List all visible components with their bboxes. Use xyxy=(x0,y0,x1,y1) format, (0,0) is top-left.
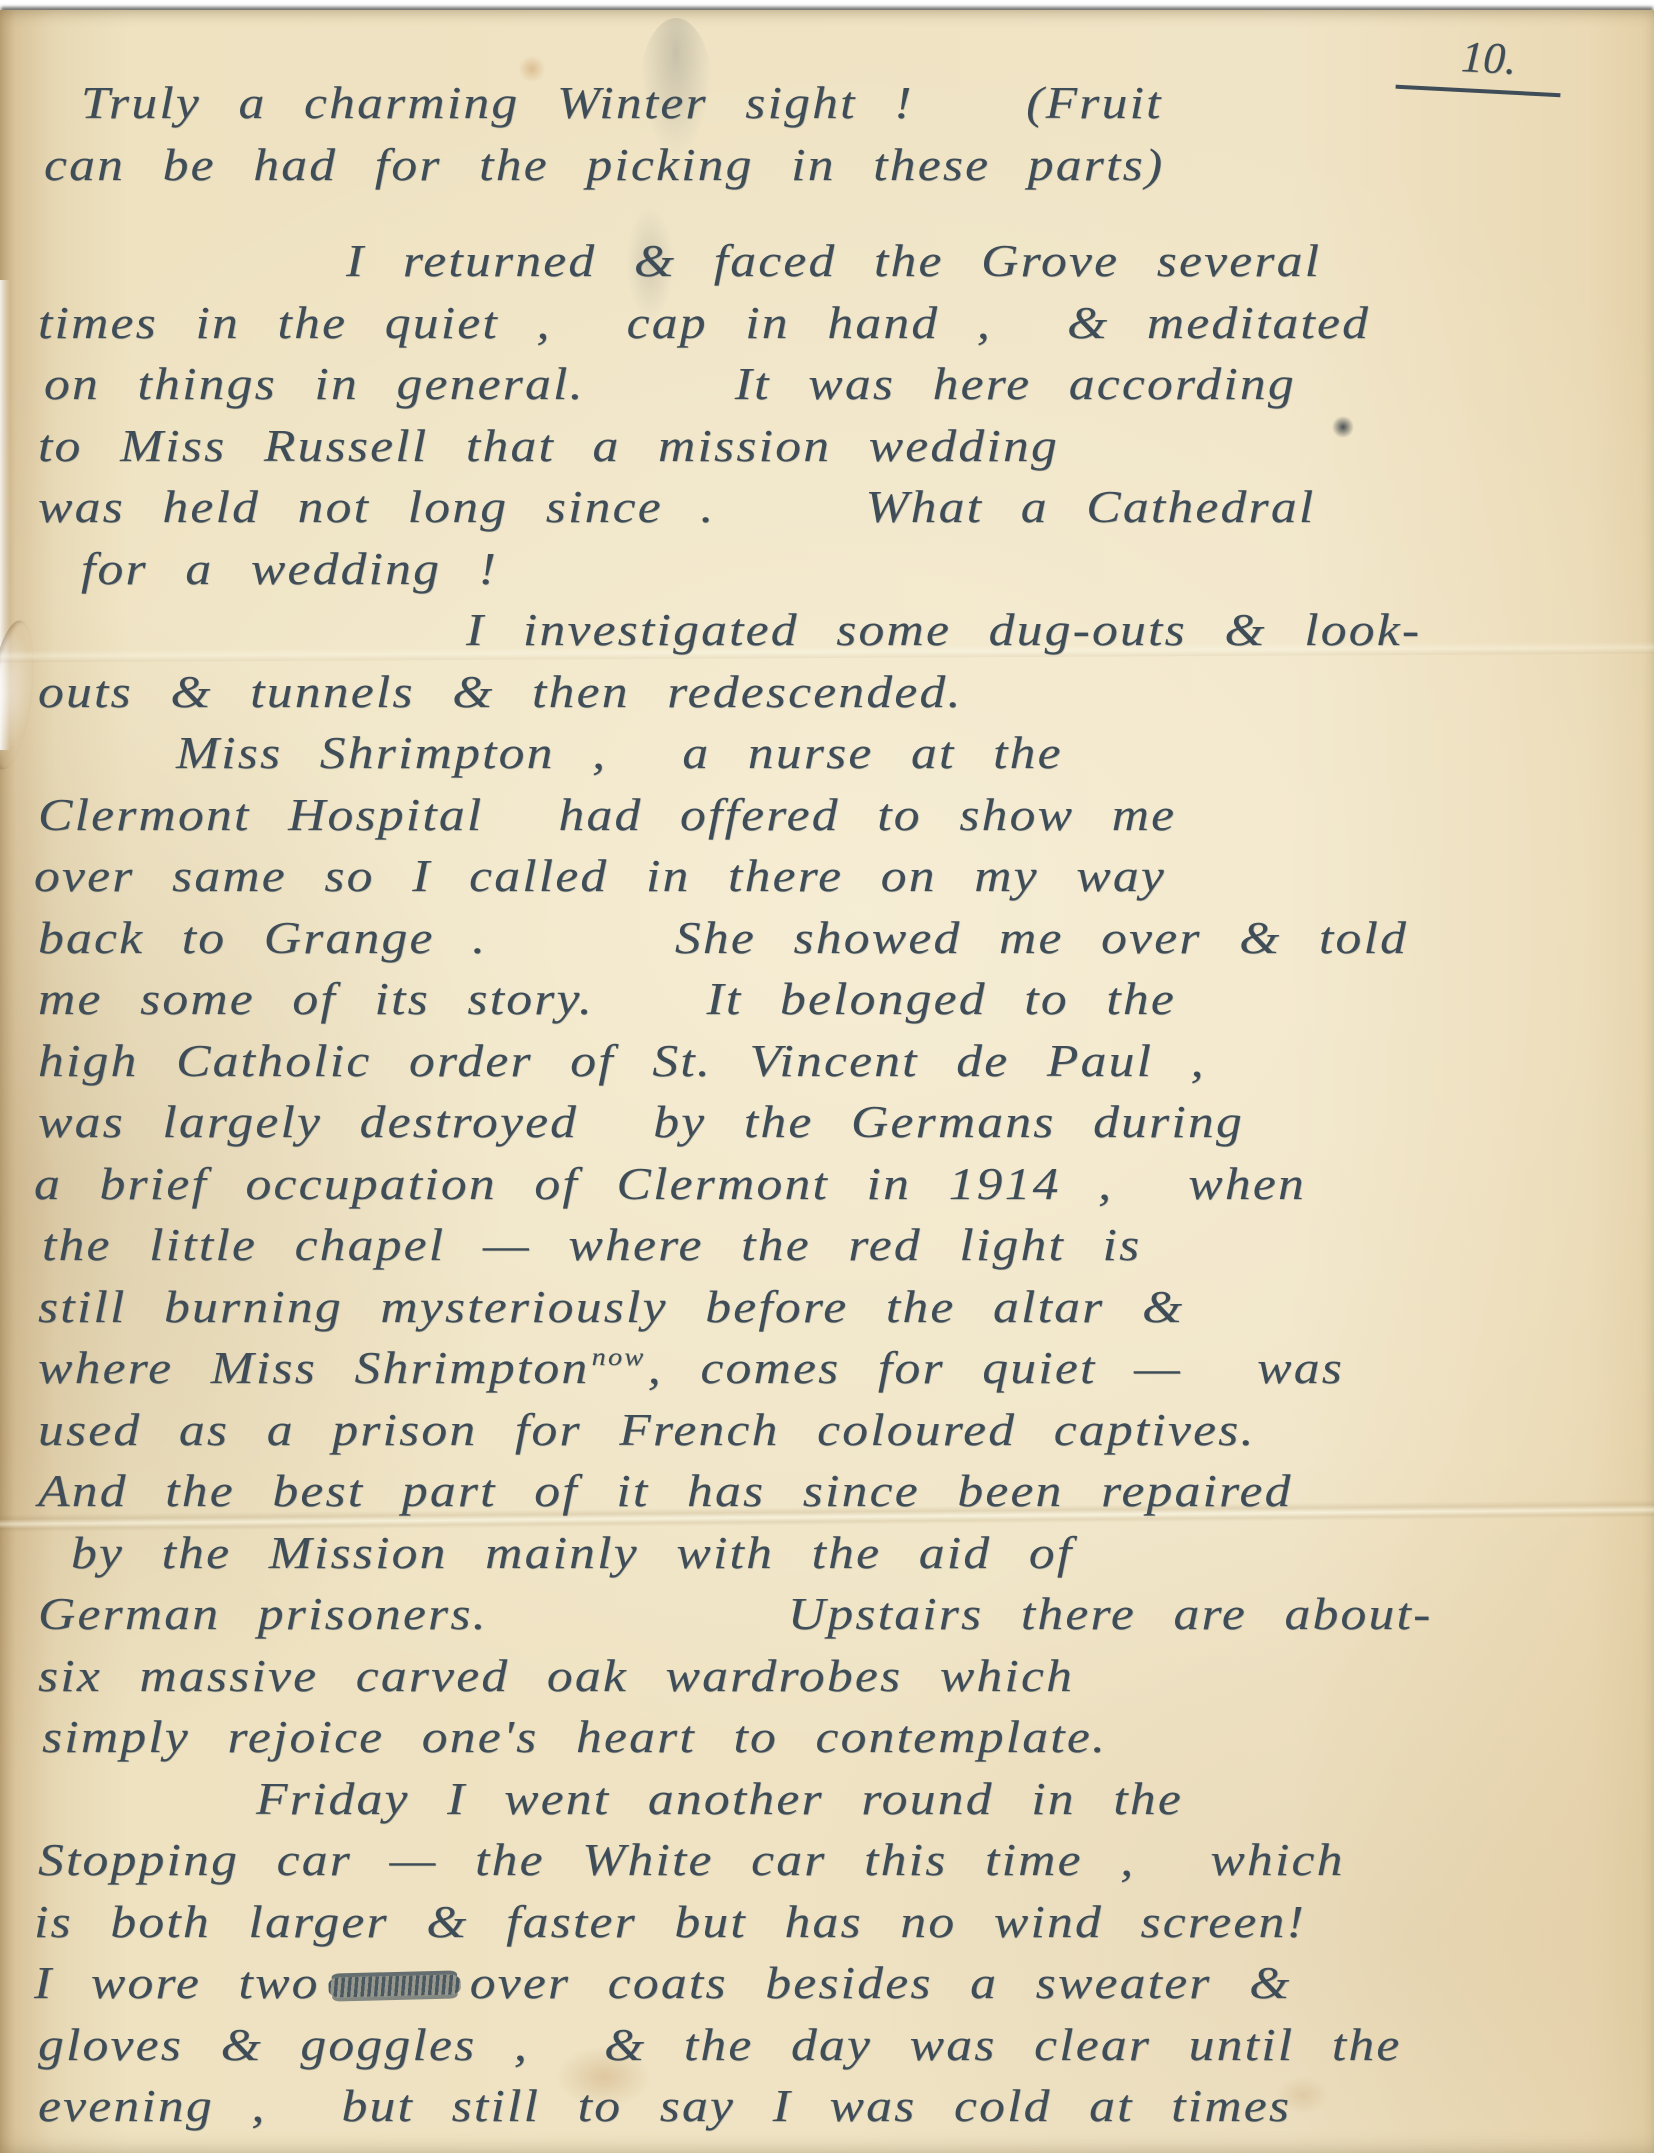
line-text: , comes for quiet — was xyxy=(648,1342,1344,1393)
line-text: I wore two xyxy=(34,1957,320,2008)
letter-line: for a wedding ! xyxy=(81,538,1654,600)
letter-line: German prisoners. Upstairs there are abo… xyxy=(38,1583,1654,1645)
line-text: I returned & faced the Grove several xyxy=(346,235,1321,286)
line-text: Truly a charming Winter sight ! (Fruit xyxy=(81,77,1163,128)
letter-line: evening , but still to say I was cold at… xyxy=(38,2075,1654,2137)
letter-line: Clermont Hospital had offered to show me xyxy=(38,784,1654,846)
letter-line: me some of its story. It belonged to the xyxy=(38,968,1654,1030)
line-text: back to Grange . She showed me over & to… xyxy=(38,912,1408,963)
letter-line: outs & tunnels & then redescended. xyxy=(38,661,1654,723)
letter-line: to Miss Russell that a mission wedding xyxy=(38,415,1654,477)
line-text: simply rejoice one's heart to contemplat… xyxy=(42,1711,1107,1762)
inserted-word-above-line: now xyxy=(592,1327,646,1389)
letter-line: was held not long since . What a Cathedr… xyxy=(38,476,1654,538)
line-text: the little chapel — where the red light … xyxy=(42,1219,1141,1270)
line-text: And the best part of it has since been r… xyxy=(38,1465,1293,1516)
letter-line: over same so I called in there on my way xyxy=(34,845,1654,907)
letter-line: six massive carved oak wardrobes which xyxy=(38,1645,1654,1707)
letter-line: Friday I went another round in the xyxy=(256,1768,1654,1830)
line-text: by the Mission mainly with the aid of xyxy=(71,1527,1073,1578)
line-text: evening , but still to say I was cold at… xyxy=(38,2080,1291,2131)
line-text: outs & tunnels & then redescended. xyxy=(38,666,963,717)
paper-edge-wear xyxy=(0,280,10,750)
line-text: used as a prison for French coloured cap… xyxy=(38,1404,1256,1455)
letter-line: Miss Shrimpton , a nurse at the xyxy=(176,722,1654,784)
line-text: I investigated some dug-outs & look- xyxy=(466,604,1421,655)
line-text: Friday I went another round in the xyxy=(256,1773,1183,1824)
letter-line: can be had for the picking in these part… xyxy=(44,134,1654,196)
line-text: over coats besides a sweater & xyxy=(470,1957,1292,2008)
line-text: times in the quiet , cap in hand , & med… xyxy=(38,297,1370,348)
letter-line: Truly a charming Winter sight ! (Fruit xyxy=(81,72,1654,134)
letter-line: gloves & goggles , & the day was clear u… xyxy=(38,2014,1654,2076)
letter-line: times in the quiet , cap in hand , & med… xyxy=(38,292,1654,354)
crossed-out-word xyxy=(328,1974,461,1997)
line-text: where Miss Shrimpton xyxy=(38,1342,589,1393)
letter-line: where Miss Shrimptonnow, comes for quiet… xyxy=(38,1337,1654,1399)
line-text: can be had for the picking in these part… xyxy=(44,139,1164,190)
line-text: gloves & goggles , & the day was clear u… xyxy=(38,2019,1402,2070)
line-text: Stopping car — the White car this time ,… xyxy=(38,1834,1345,1885)
line-text: German prisoners. Upstairs there are abo… xyxy=(38,1588,1432,1639)
line-text: Clermont Hospital had offered to show me xyxy=(38,789,1176,840)
letter-line: I wore twoover coats besides a sweater & xyxy=(34,1952,1654,2014)
line-text: for a wedding ! xyxy=(81,543,498,594)
letter-paper: 10. Truly a charming Winter sight ! (Fru… xyxy=(0,10,1654,2153)
line-text: Miss Shrimpton , a nurse at the xyxy=(176,727,1063,778)
letter-line: a brief occupation of Clermont in 1914 ,… xyxy=(34,1153,1654,1215)
line-text: was held not long since . What a Cathedr… xyxy=(38,481,1315,532)
line-text: on things in general. It was here accord… xyxy=(44,358,1296,409)
line-text: high Catholic order of St. Vincent de Pa… xyxy=(38,1035,1206,1086)
letter-line: by the Mission mainly with the aid of xyxy=(71,1522,1654,1584)
letter-line: was largely destroyed by the Germans dur… xyxy=(38,1091,1654,1153)
line-text: is both larger & faster but has no wind … xyxy=(34,1896,1306,1947)
letter-line: Stopping car — the White car this time ,… xyxy=(38,1829,1654,1891)
letter-line: And the best part of it has since been r… xyxy=(38,1460,1654,1522)
letter-line: back to Grange . She showed me over & to… xyxy=(38,907,1654,969)
letter-line: I returned & faced the Grove several xyxy=(346,230,1654,292)
line-text: six massive carved oak wardrobes which xyxy=(38,1650,1074,1701)
letter-body: Truly a charming Winter sight ! (Fruitca… xyxy=(26,72,1654,2137)
line-text: was largely destroyed by the Germans dur… xyxy=(38,1096,1244,1147)
letter-line: the little chapel — where the red light … xyxy=(42,1214,1654,1276)
letter-line: used as a prison for French coloured cap… xyxy=(38,1399,1654,1461)
letter-line: simply rejoice one's heart to contemplat… xyxy=(42,1706,1654,1768)
line-text: to Miss Russell that a mission wedding xyxy=(38,420,1059,471)
line-text: over same so I called in there on my way xyxy=(34,850,1166,901)
line-text: me some of its story. It belonged to the xyxy=(38,973,1176,1024)
line-text: still burning mysteriously before the al… xyxy=(38,1281,1184,1332)
letter-line: on things in general. It was here accord… xyxy=(44,353,1654,415)
line-text: a brief occupation of Clermont in 1914 ,… xyxy=(34,1158,1306,1209)
letter-line: still burning mysteriously before the al… xyxy=(38,1276,1654,1338)
letter-line: is both larger & faster but has no wind … xyxy=(34,1891,1654,1953)
letter-line: high Catholic order of St. Vincent de Pa… xyxy=(38,1030,1654,1092)
letter-line: I investigated some dug-outs & look- xyxy=(466,599,1654,661)
